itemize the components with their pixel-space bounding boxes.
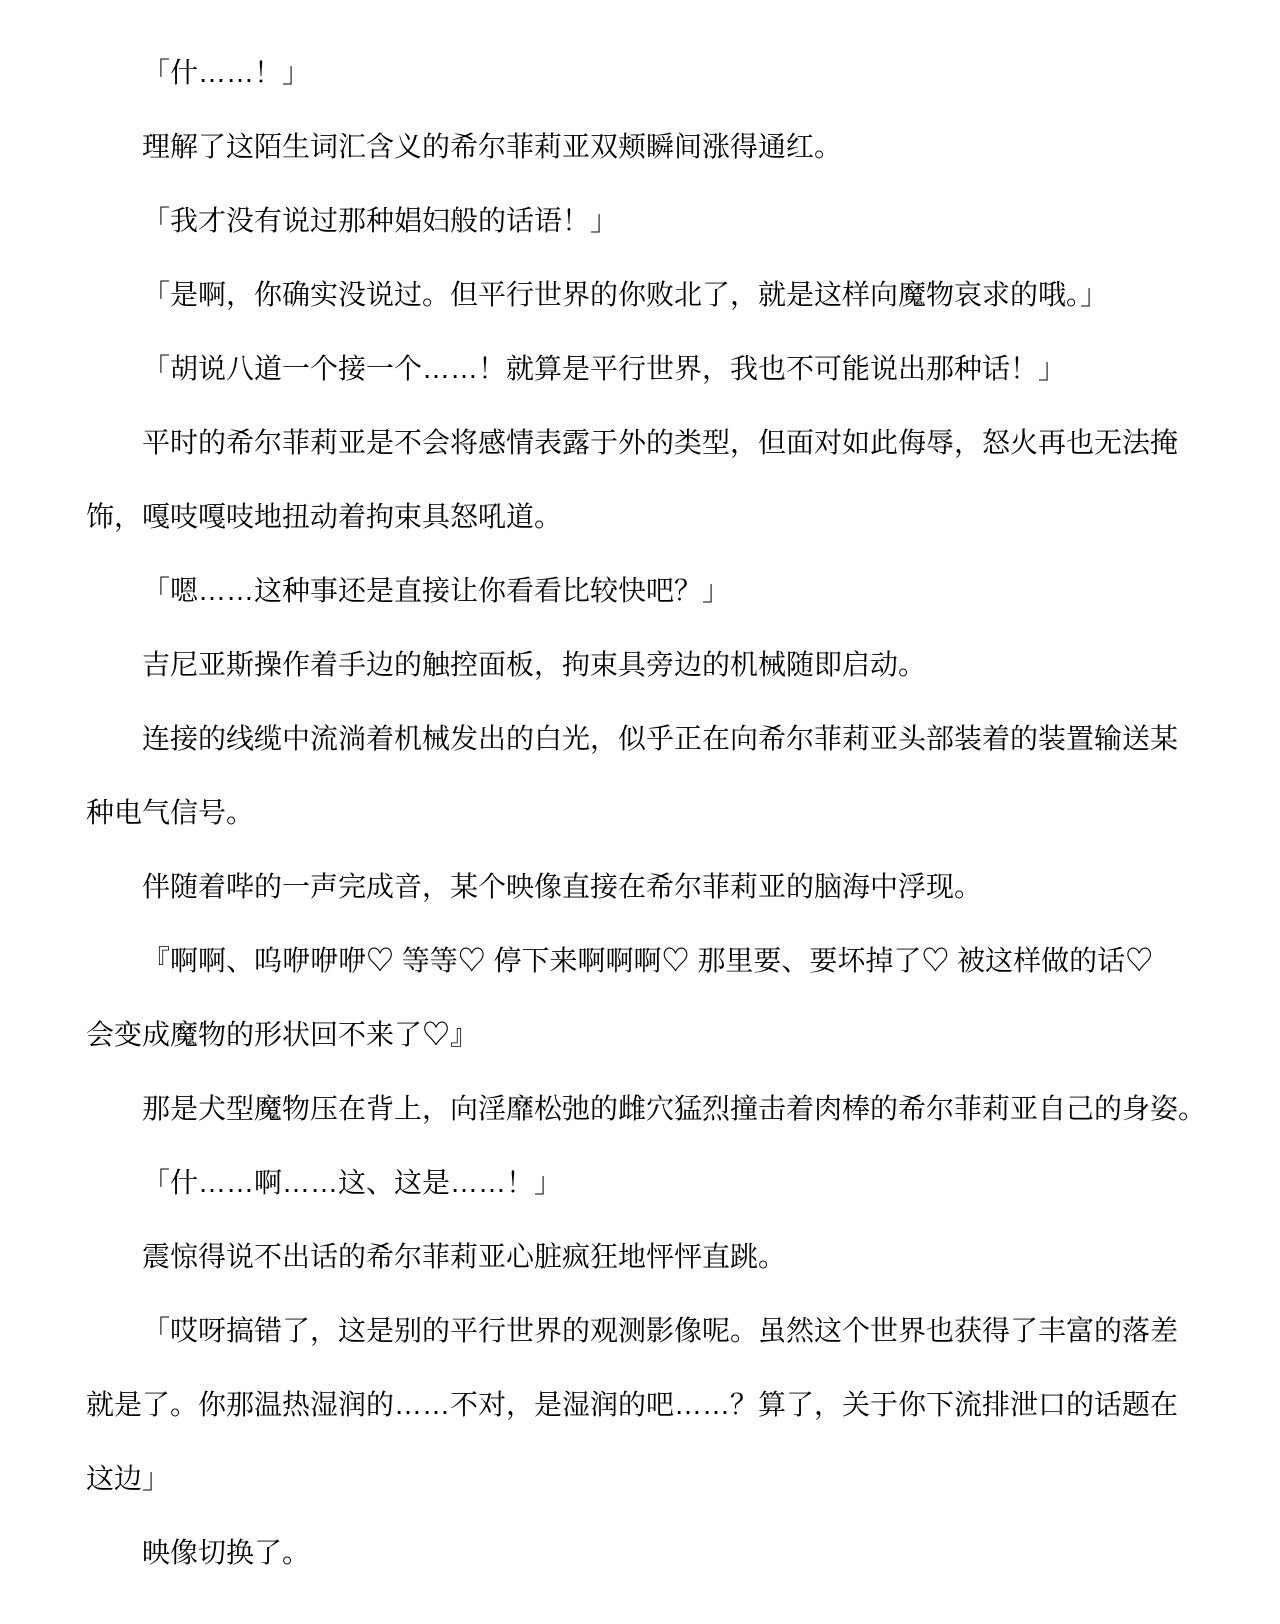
text-line: 震惊得说不出话的希尔菲莉亚心脏疯狂地怦怦直跳。 — [86, 1220, 1220, 1294]
text-line: 「胡说八道一个接一个……！就算是平行世界，我也不可能说出那种话！」 — [86, 332, 1220, 406]
text-line: 会变成魔物的形状回不来了♡』 — [86, 998, 1220, 1072]
text-line: 这边」 — [86, 1442, 1220, 1516]
novel-text-page: 「什……！」 理解了这陌生词汇含义的希尔菲莉亚双颊瞬间涨得通红。 「我才没有说过… — [0, 0, 1280, 1624]
text-line: 「什……啊……这、这是……！」 — [86, 1146, 1220, 1220]
text-line: 理解了这陌生词汇含义的希尔菲莉亚双颊瞬间涨得通红。 — [86, 110, 1220, 184]
text-line: 「哎呀搞错了，这是别的平行世界的观测影像呢。虽然这个世界也获得了丰富的落差 — [86, 1294, 1220, 1368]
text-line: 「是啊，你确实没说过。但平行世界的你败北了，就是这样向魔物哀求的哦。」 — [86, 258, 1220, 332]
text-line: 「嗯……这种事还是直接让你看看比较快吧？」 — [86, 554, 1220, 628]
text-line: 那是犬型魔物压在背上，向淫靡松弛的雌穴猛烈撞击着肉棒的希尔菲莉亚自己的身姿。 — [86, 1072, 1220, 1146]
text-line: 「什……！」 — [86, 36, 1220, 110]
text-line: 饰，嘎吱嘎吱地扭动着拘束具怒吼道。 — [86, 480, 1220, 554]
text-line: 映像切换了。 — [86, 1516, 1220, 1590]
text-line: 种电气信号。 — [86, 776, 1220, 850]
text-line: 伴随着哔的一声完成音，某个映像直接在希尔菲莉亚的脑海中浮现。 — [86, 850, 1220, 924]
text-line: 「我才没有说过那种娼妇般的话语！」 — [86, 184, 1220, 258]
text-line: 吉尼亚斯操作着手边的触控面板，拘束具旁边的机械随即启动。 — [86, 628, 1220, 702]
text-line: 就是了。你那温热湿润的……不对，是湿润的吧……？算了，关于你下流排泄口的话题在 — [86, 1368, 1220, 1442]
text-line: 连接的线缆中流淌着机械发出的白光，似乎正在向希尔菲莉亚头部装着的装置输送某 — [86, 702, 1220, 776]
text-line: 平时的希尔菲莉亚是不会将感情表露于外的类型，但面对如此侮辱，怒火再也无法掩 — [86, 406, 1220, 480]
text-line: 『啊啊、呜咿咿咿♡ 等等♡ 停下来啊啊啊♡ 那里要、要坏掉了♡ 被这样做的话♡ — [86, 924, 1220, 998]
